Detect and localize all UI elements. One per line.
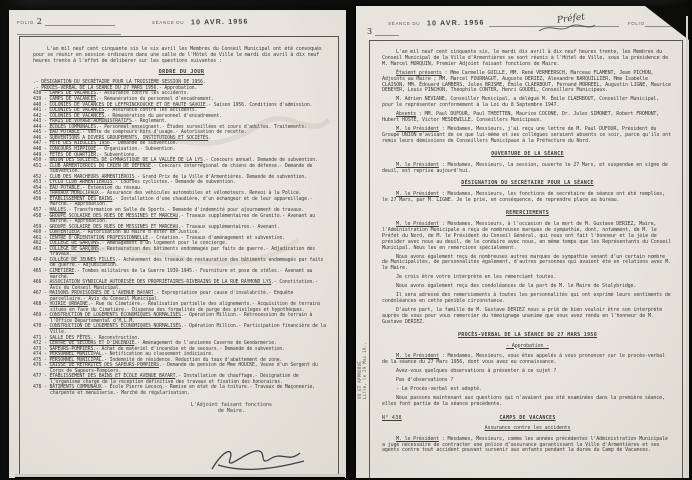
- right-page-header: SÉANCE DU 10 AVR. 1956 FOLIO3 Préfet: [364, 18, 681, 34]
- paragraph: - Le Procès-verbal est adopté.: [382, 387, 673, 393]
- paragraph: L'an mil neuf cent cinquante six, le mar…: [382, 50, 673, 68]
- signoff: L'Adjoint faisant fonctions de Maire.: [191, 402, 272, 414]
- agenda-item: 451 - CLUB ARMENTIÉROIS DU CHIEN DE DÉFE…: [33, 164, 330, 175]
- agenda-item: 463 - COLLÈGE DE GARÇONS.- Restauration …: [33, 247, 330, 258]
- paragraph: Avez-vous quelques observations à présen…: [382, 369, 673, 375]
- right-content-box: L'an mil neuf cent cinquante six, le mar…: [369, 40, 683, 478]
- section-heading: OUVERTURE DE LA SÉANCE: [382, 152, 673, 158]
- agenda-item: 466 - ASSOCIATION SYNDICALE AUTORISÉE DE…: [33, 280, 330, 291]
- section-heading: PROCÈS-VERBAL DE LA SÉANCE DU 27 MARS 19…: [382, 333, 673, 339]
- folio-label: FOLIO: [628, 21, 645, 26]
- torn-corner: [645, 6, 689, 40]
- paragraph: M. Adrien NEVIANE, Conseiller Municipal,…: [382, 97, 673, 109]
- agenda-list: .- DÉSIGNATION DU SECRÉTAIRE POUR LA TRO…: [33, 80, 330, 396]
- agenda-item: 465 - CIMETIÈRE.- Tombes militaires de l…: [33, 269, 330, 280]
- agenda-item: 469 - CONSTRUCTION DE LOGEMENTS ÉCONOMIQ…: [33, 313, 330, 324]
- scanned-register-spread: FOLIO2 SÉANCE DU 10 AVR. 1956 L'an mil n…: [0, 0, 692, 480]
- agenda-item: 456 - ÉTABLISSEMENT DES BAINS.- Installa…: [33, 197, 330, 208]
- order-of-day-title: ORDRE DU JOUR: [33, 69, 330, 75]
- paragraph: M. le Président : Mesdames, Messieurs, l…: [382, 163, 673, 175]
- paragraph: Étaient présents : Mme Carmelle GUILLE, …: [382, 71, 673, 95]
- agenda-item: 464 - COLLÈGE DE JEUNES FILLES.- Achèvem…: [33, 258, 330, 269]
- paragraph: Nous avons également reçu de nombreuses …: [382, 255, 673, 273]
- paragraph: M. le Président : Mesdames, Messieurs, c…: [382, 437, 673, 455]
- folio-number: 3: [364, 27, 375, 36]
- date-stamp: 10 AVR. 1956: [187, 19, 253, 27]
- minutes-text: L'an mil neuf cent cinquante six, le mar…: [382, 50, 673, 454]
- agenda-item: 477 - ÉTABLISSEMENT DES BAINS ET ÉCOLE A…: [33, 374, 330, 385]
- agenda-item: 468 - VOIRIE URBAINE.- Rue du Cimetière.…: [33, 302, 330, 313]
- agenda-item: 470 - CONSTRUCTION DE LOGEMENTS ÉCONOMIQ…: [33, 324, 330, 335]
- paragraph: M. le Président : Mesdames, Messieurs, l…: [382, 192, 673, 204]
- agenda-item: 467 - MAISONS PROVISOIRES DE L'AVENUE BA…: [33, 291, 330, 302]
- seance-label: SÉANCE DU: [388, 21, 420, 26]
- page-edge-sliver: [686, 16, 688, 476]
- header-rule: [489, 18, 619, 27]
- seance-label: SÉANCE DU: [152, 20, 184, 25]
- folio-number: 2: [34, 17, 45, 26]
- signoff-line-1: L'Adjoint faisant fonctions: [191, 402, 272, 408]
- numbered-heading: N° 438CAMPS DE VACANCES: [382, 416, 673, 422]
- header-rule: [375, 27, 399, 36]
- paragraph: M. le Président : Mesdames, Messieurs, j…: [382, 127, 673, 145]
- header-rule: [17, 26, 121, 35]
- agenda-item: 458 - GROUPE SCOLAIRE DES RUES DE MESSIN…: [33, 214, 330, 225]
- paragraph: D'autre part, la famille de M. Gustave D…: [382, 308, 673, 326]
- paragraph: M. le Président : Mesdames, Messieurs, à…: [382, 222, 673, 252]
- convocation-paragraph: L'an mil neuf cent cinquante six le six …: [33, 47, 330, 64]
- signoff-line-2: de Maire.: [191, 408, 272, 414]
- paragraph: Pas d'observations ?: [382, 378, 673, 384]
- paragraph: Il sera adressé des remerciements à tout…: [382, 293, 673, 305]
- paragraph: Je crois être votre interprète en les re…: [382, 275, 673, 281]
- page-edge-sliver: [15, 474, 345, 477]
- section-heading: DÉSIGNATION DU SECRÉTAIRE POUR LA SÉANCE: [382, 181, 673, 187]
- paragraph: M. le Président : Mesdames, Messieurs, v…: [382, 354, 673, 366]
- left-content-box: L'an mil neuf cent cinquante six le six …: [19, 36, 339, 478]
- paragraph: Nous avons également reçu des condoléanc…: [382, 284, 673, 290]
- page-left-folio-2: FOLIO2 SÉANCE DU 10 AVR. 1956 L'an mil n…: [9, 10, 346, 478]
- section-subheading: - Approbation -: [382, 344, 673, 350]
- paragraph: Nous passons maintenant aux questions qu…: [382, 396, 673, 408]
- header-rule: [45, 17, 115, 26]
- date-stamp: 10 AVR. 1956: [423, 20, 489, 28]
- agenda-item: 478 - BÂTIMENTS COMMUNAUX.- École Pierre…: [33, 385, 330, 396]
- approval-stamp-vertical: VU ET APPROUVÉ Lille, le 29 Mai 19..: [357, 342, 367, 399]
- page-right-folio-3: SÉANCE DU 10 AVR. 1956 FOLIO3 Préfet L'a…: [356, 6, 689, 478]
- section-subheading: Assurance contre les accidents: [382, 426, 673, 432]
- paragraph: Absents : MM. Paul DUFOUR, Paul THEETTEN…: [382, 112, 673, 124]
- agenda-item: 476 - CAISSE DE RETRAITES DES SAPEURS-PO…: [33, 363, 330, 374]
- section-heading: REMERCIEMENTS: [382, 211, 673, 217]
- folio-label: FOLIO: [17, 20, 34, 25]
- left-page-header: FOLIO2 SÉANCE DU 10 AVR. 1956: [17, 17, 338, 33]
